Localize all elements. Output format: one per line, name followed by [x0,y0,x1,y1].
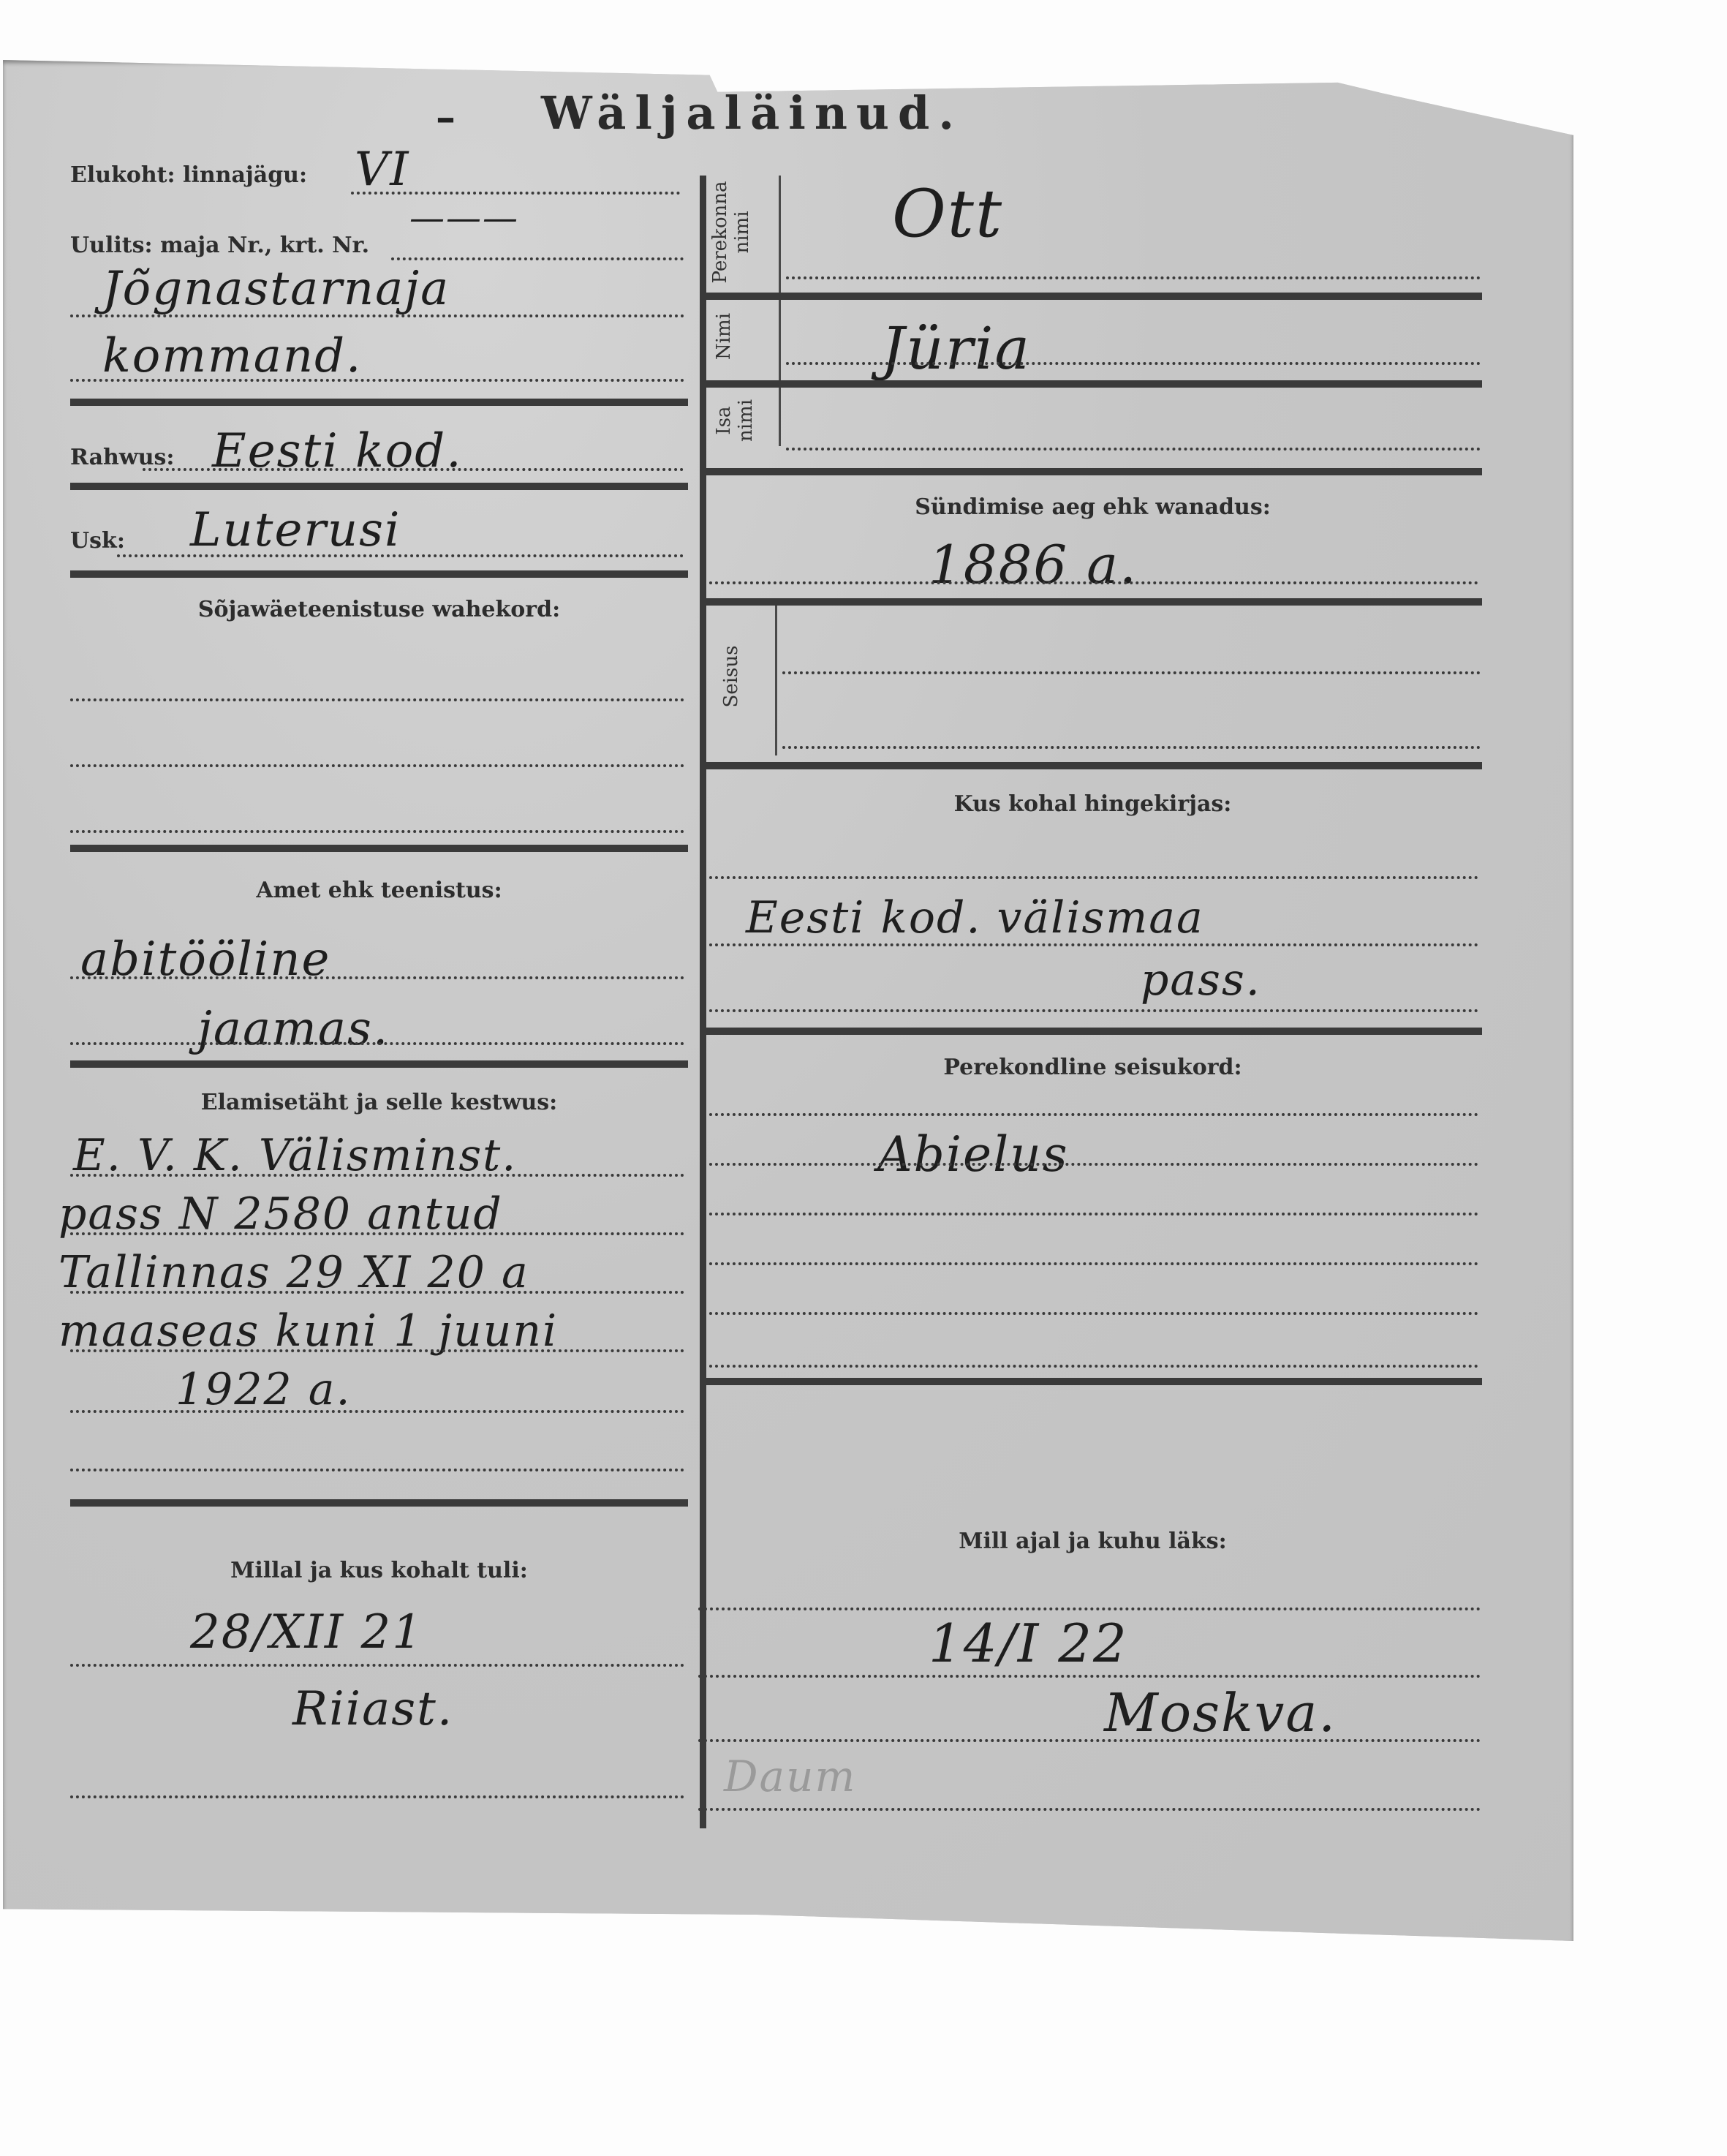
address-line-2: kommand. [102,329,362,383]
section-rule [703,762,1482,769]
section-rule [703,1028,1482,1035]
usk-label: Usk: [70,528,125,554]
section-rule [70,570,688,578]
millal-tuli-date: 28/XII 21 [190,1605,423,1659]
dotted-line [703,1312,1478,1315]
uulits-label: Uulits: maja Nr., krt. Nr. [70,233,369,258]
uulits-value: ——— [409,197,519,238]
dotted-line [70,1291,684,1294]
dotted-line [391,257,684,260]
millal-tuli-place: Riiast. [292,1682,453,1736]
dotted-line [703,1262,1478,1265]
perekondline-label: Perekondline seisukord: [703,1055,1482,1080]
sundimise-value: 1886 a. [929,534,1138,595]
dotted-line [70,1664,684,1667]
sojavae-label: Sõjawäeteenistuse wahekord: [70,597,688,622]
pencil-signature: Daum [724,1752,856,1801]
dotted-line [786,448,1481,451]
dotted-line [143,468,684,471]
dotted-line [70,1469,684,1471]
column-divider [700,176,706,1828]
dotted-line [70,976,684,979]
address-line-1: Jõgnastarnaja [102,262,450,316]
dotted-line [703,1365,1478,1368]
seisus-label: Seisus [720,633,742,720]
section-rule [70,845,688,852]
dotted-line [698,1607,1481,1610]
rahwus-label: Rahwus: [70,445,174,470]
section-rule [703,380,1482,388]
section-rule [703,468,1482,475]
lakss-label: Mill ajal ja kuhu läks: [703,1529,1482,1554]
label-divider [775,606,777,755]
section-rule [70,483,688,490]
dotted-line [698,1675,1481,1678]
section-rule [703,598,1482,606]
millal-tuli-label: Millal ja kus kohalt tuli: [70,1558,688,1583]
dotted-line [782,746,1481,749]
nimi-label: Nimi [713,300,735,373]
dotted-line [70,379,684,382]
isa-nimi-label: Isa nimi [713,384,757,457]
perekonna-nimi-label: Perekonna nimi [709,176,753,289]
dotted-line [70,1174,684,1177]
sundimise-label: Sündimise aeg ehk wanadus: [703,494,1482,520]
title-mark: – [436,94,456,140]
perekonna-nimi-value: Ott [892,176,1003,252]
hingekirjas-line-2: pass. [1141,954,1261,1006]
lakss-place: Moskva. [1104,1682,1337,1744]
dotted-line [703,1163,1478,1166]
section-rule [70,1499,688,1507]
dotted-line [698,1808,1481,1811]
dotted-line [351,192,680,195]
elukoht-value: VI [355,143,410,197]
dotted-line [703,1009,1478,1012]
dotted-line [786,362,1481,365]
section-rule [703,1378,1482,1385]
dotted-line [70,1795,684,1798]
section-rule [70,1060,688,1068]
elamiseteht-label: Elamisetäht ja selle kestwus: [70,1090,688,1115]
dotted-line [703,943,1478,946]
dotted-line [70,1410,684,1413]
nimi-value: Jüria [881,314,1031,382]
amet-value-line-2: jaamas. [197,1002,389,1056]
dotted-line [70,1349,684,1352]
dotted-line [782,671,1481,674]
dotted-line [786,276,1481,279]
dotted-line [703,1213,1478,1215]
hingekirjas-line-1: Eesti kod. välismaa [746,892,1204,943]
elukoht-label: Elukoht: linnajägu: [70,162,307,188]
dotted-line [70,1232,684,1235]
hingekirjas-label: Kus kohal hingekirjas: [703,791,1482,817]
dotted-line [698,1739,1481,1742]
section-rule [703,293,1482,300]
section-rule [70,399,688,406]
dotted-line [70,764,684,767]
dotted-line [70,314,684,317]
usk-value: Luterusi [190,503,401,557]
dotted-line [703,1113,1478,1116]
dotted-line [703,581,1478,584]
dotted-line [70,830,684,833]
dotted-line [703,876,1478,879]
elamiseteht-line-5: 1922 a. [175,1364,352,1415]
amet-label: Amet ehk teenistus: [70,878,688,903]
dotted-line [117,554,684,557]
document-title: Wäljaläinud. [541,86,963,140]
label-divider [779,176,781,446]
lakss-date: 14/I 22 [929,1613,1128,1674]
perekondline-value: Abielus [877,1126,1069,1183]
dotted-line [70,698,684,701]
dotted-line [70,1042,684,1045]
